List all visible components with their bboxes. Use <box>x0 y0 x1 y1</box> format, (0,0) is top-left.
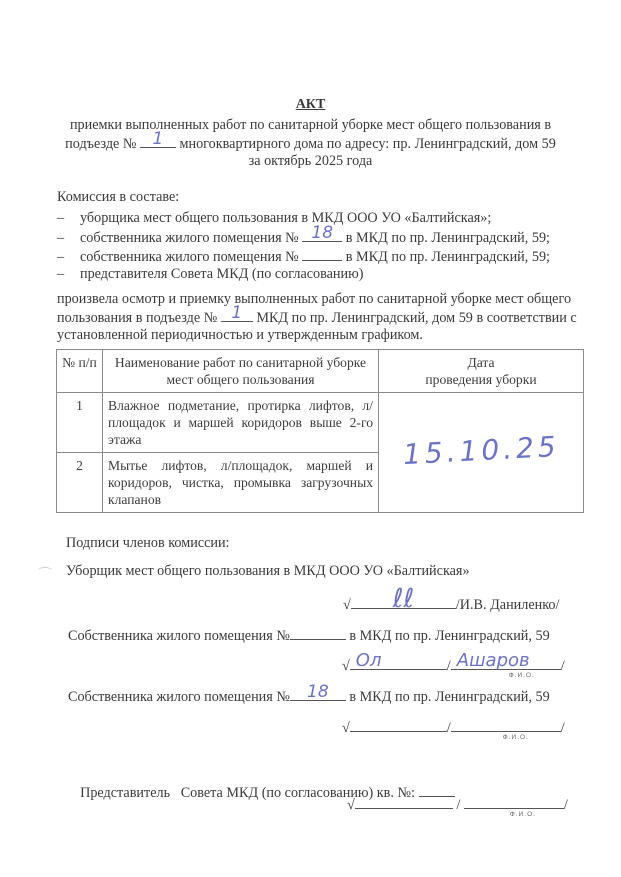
row-num: 1 <box>57 393 103 453</box>
slash: / <box>456 797 460 813</box>
apartment-number-field[interactable]: 18 <box>302 229 342 242</box>
list-dash: – <box>57 266 80 283</box>
owner2-prefix: Собственника жилого помещения № <box>68 689 290 705</box>
row-name: Влажное подметание, протирка лифтов, л/п… <box>103 393 379 453</box>
entrance-number-field[interactable]: 1 <box>140 135 176 148</box>
cleaner-signature-scribble: ℓℓ <box>393 584 414 614</box>
entrance-number-handwritten: 1 <box>140 131 176 148</box>
owner2-signature-row: √/ Ф.И.О. / <box>342 717 565 737</box>
fio-label: Ф.И.О. <box>509 672 535 679</box>
cleaner-signature-row: √ ℓℓ /И.В. Даниленко/ <box>343 594 559 614</box>
member-prefix: собственника жилого помещения № <box>80 230 299 246</box>
document-title: АКТ <box>0 97 621 113</box>
owner2-signature-line[interactable] <box>350 717 447 732</box>
entrance-number-field[interactable]: 1 <box>221 309 253 322</box>
member-text: представителя Совета МКД (по согласовани… <box>80 266 363 282</box>
owner1-suffix: в МКД по пр. Ленинградский, 59 <box>349 628 549 644</box>
fio-label: Ф.И.О. <box>503 734 529 741</box>
header-date: Дата проведения уборки <box>379 350 584 393</box>
subtitle-line-2: подъезде № 1 многоквартирного дома по ад… <box>0 135 621 153</box>
header-name: Наименование работ по санитарной уборке … <box>103 350 379 393</box>
statement-suffix: МКД по пр. Ленинградский, дом 59 в соотв… <box>256 310 576 326</box>
entrance-number-handwritten: 1 <box>221 305 253 322</box>
commission-member: –уборщика мест общего пользования в МКД … <box>57 210 491 227</box>
fio-label: Ф.И.О. <box>510 811 536 818</box>
owner2-apartment-handwritten: 18 <box>290 684 346 701</box>
apartment-number-handwritten: 18 <box>302 225 342 242</box>
statement-line-2: пользования в подъезде № 1 МКД по пр. Ле… <box>57 309 577 327</box>
signatures-heading: Подписи членов комиссии: <box>66 535 230 552</box>
owner2-suffix: в МКД по пр. Ленинградский, 59 <box>349 689 549 705</box>
owner1-row: Собственника жилого помещения № в МКД по… <box>68 627 550 645</box>
date-handwritten: 15.10.25 <box>402 437 559 462</box>
owner1-signature-scribble: Ол <box>356 650 382 671</box>
table-header-row: № п/п Наименование работ по санитарной у… <box>57 350 584 393</box>
rep-signature-row: √ / Ф.И.О. / <box>347 794 568 814</box>
statement-line-1: произвела осмотр и приемку выполненных р… <box>57 291 571 308</box>
rep-signature-line[interactable] <box>355 794 453 809</box>
slash: / <box>561 658 565 674</box>
member-suffix: в МКД по пр. Ленинградский, 59; <box>346 249 550 265</box>
statement-line-3: установленной периодичностью и утвержден… <box>57 327 423 344</box>
owner2-fio-line[interactable]: Ф.И.О. <box>451 717 561 732</box>
owner1-apartment-field[interactable] <box>290 627 346 640</box>
apartment-number-field[interactable] <box>302 248 342 261</box>
owner2-row: Собственника жилого помещения №18 в МКД … <box>68 688 550 706</box>
date-cell[interactable]: 15.10.25 <box>379 393 584 513</box>
row-num: 2 <box>57 453 103 513</box>
row-name: Мытье лифтов, л/площадок, маршей и корид… <box>103 453 379 513</box>
commission-heading: Комиссия в составе: <box>57 189 179 206</box>
member-suffix: в МКД по пр. Ленинградский, 59; <box>346 230 550 246</box>
cleaner-name: /И.В. Даниленко/ <box>456 597 560 613</box>
commission-member: –представителя Совета МКД (по согласован… <box>57 266 363 283</box>
member-prefix: собственника жилого помещения № <box>80 249 299 265</box>
list-dash: – <box>57 249 80 266</box>
owner1-signature-row: √ Ол / Ашаров Ф.И.О. / <box>342 655 565 675</box>
subtitle-prefix: подъезде № <box>65 136 136 152</box>
owner1-fio-line[interactable]: Ашаров Ф.И.О. <box>451 655 561 670</box>
list-dash: – <box>57 210 80 227</box>
list-dash: – <box>57 230 80 247</box>
owner1-prefix: Собственника жилого помещения № <box>68 628 290 644</box>
commission-member: –собственника жилого помещения № в МКД п… <box>57 248 550 266</box>
works-table: № п/п Наименование работ по санитарной у… <box>56 349 584 513</box>
member-text: уборщика мест общего пользования в МКД О… <box>80 210 491 226</box>
slash: / <box>564 797 568 813</box>
owner1-fio-handwritten: Ашаров <box>457 650 530 671</box>
slash: / <box>561 720 565 736</box>
cleaner-label: Уборщик мест общего пользования в МКД ОО… <box>66 563 470 580</box>
subtitle-line-1: приемки выполненных работ по санитарной … <box>0 117 621 134</box>
cleaner-signature-line[interactable]: ℓℓ <box>351 594 456 609</box>
check-mark: √ <box>343 597 351 613</box>
check-mark: √ <box>342 720 350 736</box>
statement-prefix: пользования в подъезде № <box>57 310 217 326</box>
check-mark: √ <box>342 658 350 674</box>
subtitle-line-3: за октябрь 2025 года <box>0 153 621 170</box>
owner1-signature-line[interactable]: Ол <box>350 655 447 670</box>
check-mark: √ <box>347 797 355 813</box>
margin-mark <box>38 567 52 574</box>
rep-fio-line[interactable]: Ф.И.О. <box>464 794 564 809</box>
subtitle-suffix: многоквартирного дома по адресу: пр. Лен… <box>180 136 556 152</box>
commission-member: –собственника жилого помещения № 18 в МК… <box>57 229 550 247</box>
owner2-apartment-field[interactable]: 18 <box>290 688 346 701</box>
table-row: 1 Влажное подметание, протирка лифтов, л… <box>57 393 584 453</box>
header-num: № п/п <box>57 350 103 393</box>
